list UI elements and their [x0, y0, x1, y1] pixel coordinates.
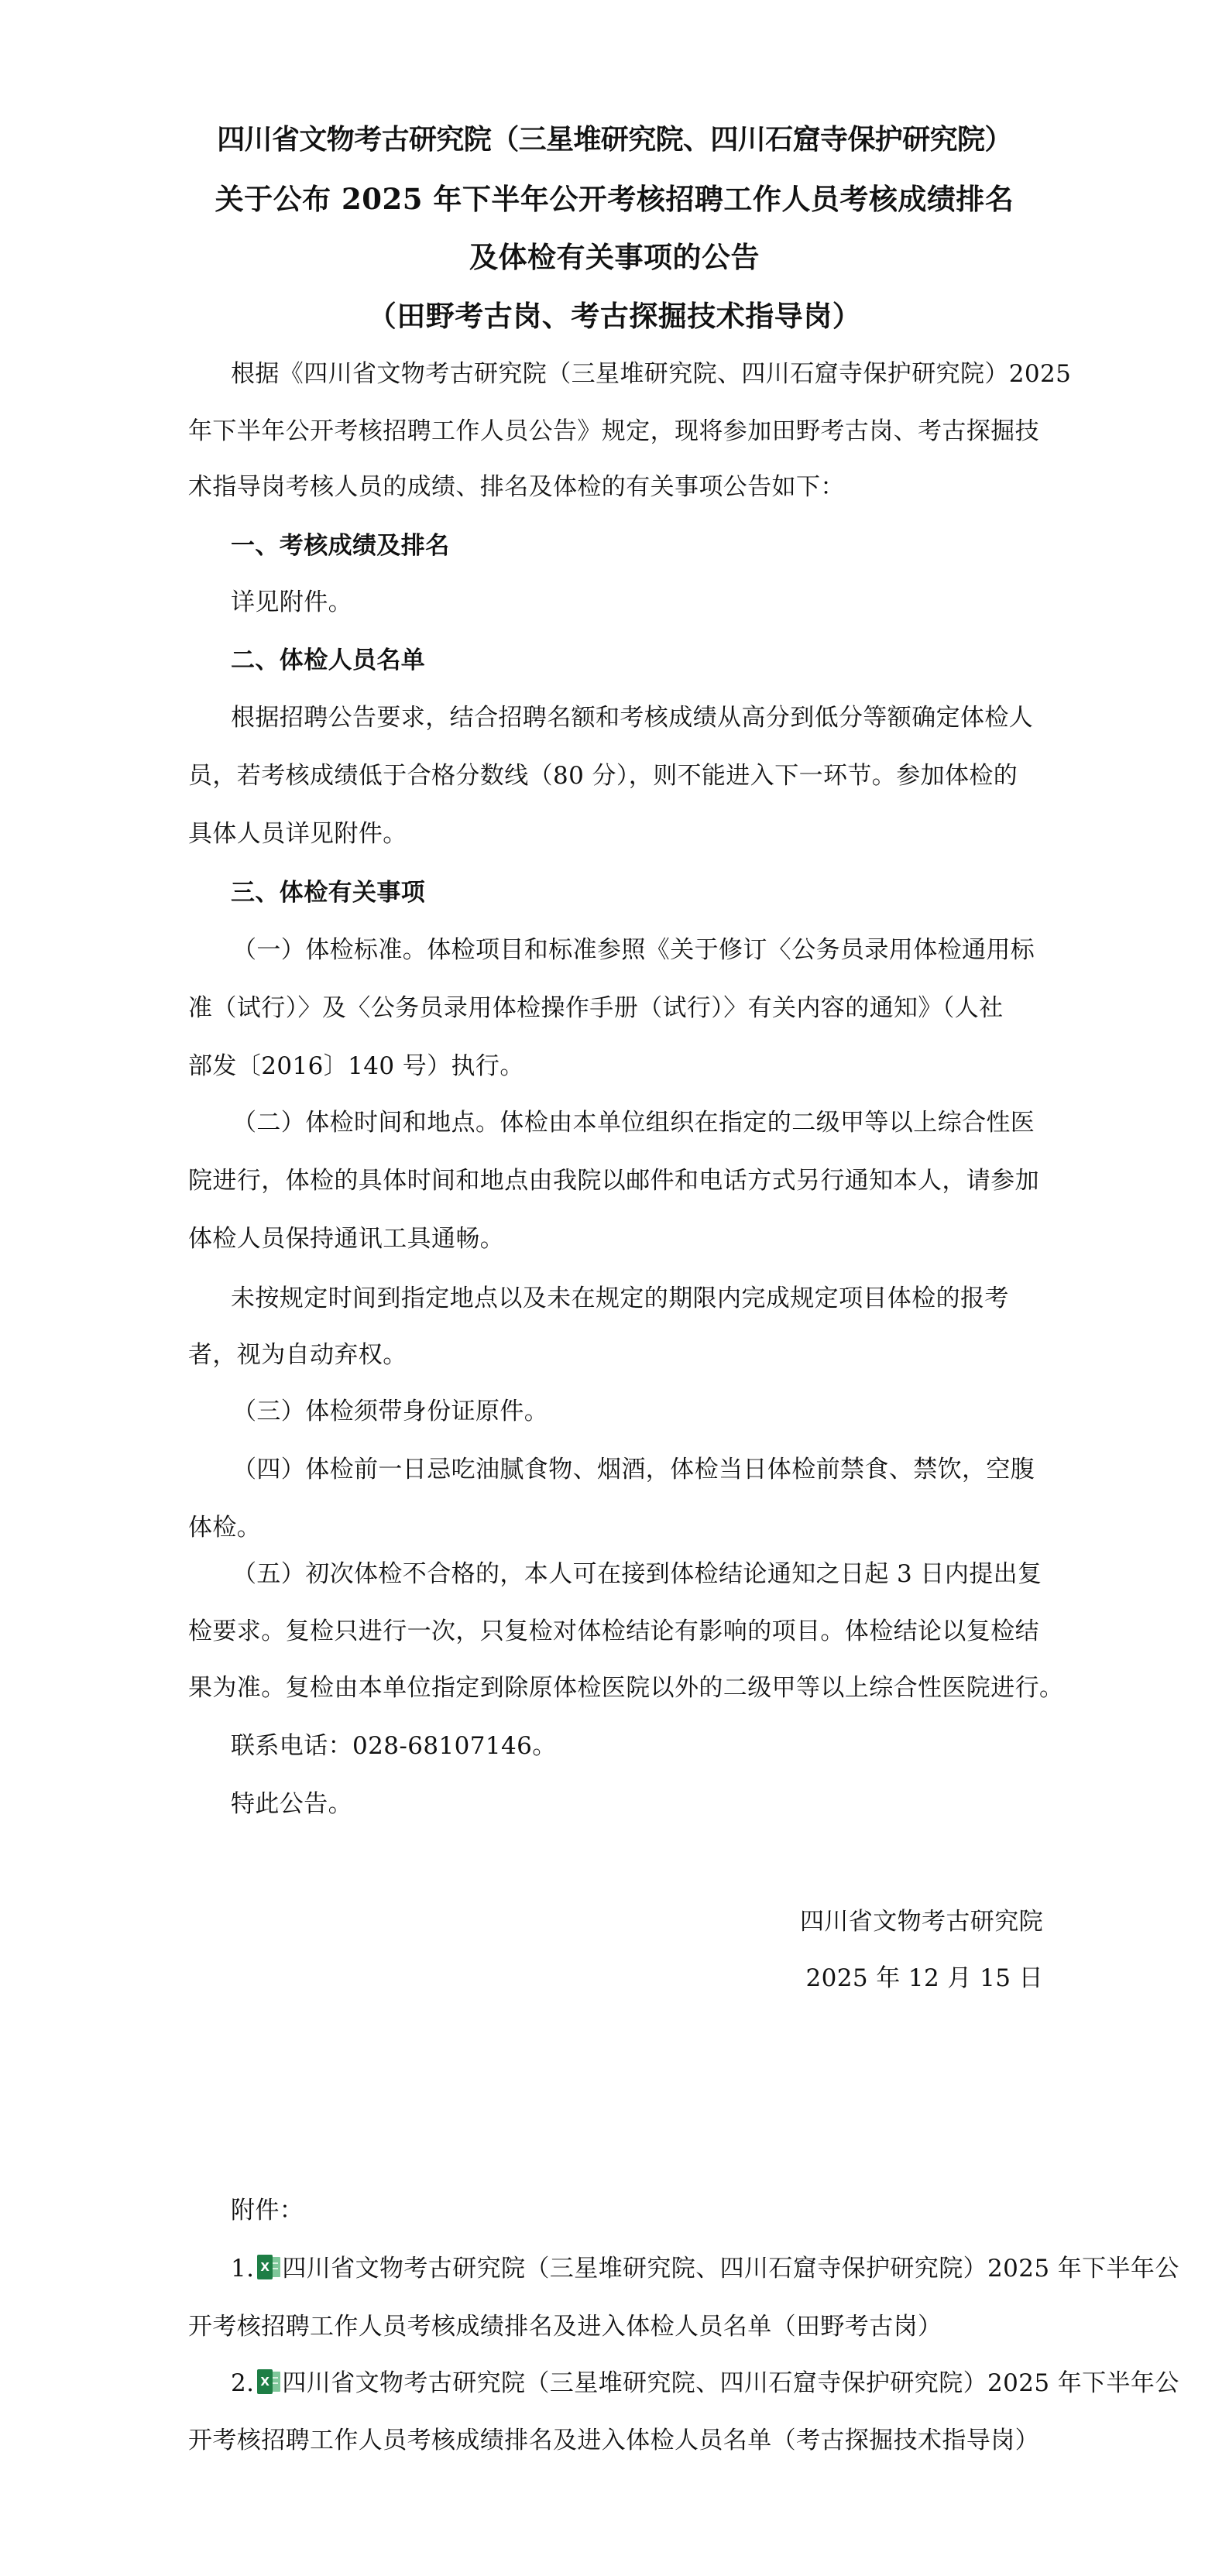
attachment-2-number: 2.: [231, 2369, 254, 2397]
section-1-heading: 一、考核成绩及排名: [231, 527, 1043, 564]
item-5-line-2: 检要求。复检只进行一次，只复检对体检结论有影响的项目。体检结论以复检结: [188, 1613, 1043, 1650]
section-2-heading: 二、体检人员名单: [231, 642, 1043, 679]
section-3-heading: 三、体检有关事项: [231, 874, 1043, 911]
section-2-line-3: 具体人员详见附件。: [188, 815, 1043, 852]
section-1-text: 详见附件。: [231, 584, 1043, 621]
item-1-line-1: （一）体检标准。体检项目和标准参照《关于修订〈公务员录用体检通用标: [232, 931, 1043, 969]
announcement-page: 四川省文物考古研究院（三星堆研究院、四川石窟寺保护研究院） 关于公布 2025 …: [0, 0, 1229, 2576]
absence-line-1: 未按规定时间到指定地点以及未在规定的期限内完成规定项目体检的报考: [231, 1280, 1043, 1317]
title-line-4: （田野考古岗、考古探掘技术指导岗）: [155, 294, 1074, 338]
item-2-line-3: 体检人员保持通讯工具通畅。: [188, 1220, 1043, 1257]
item-3-line-1: （三）体检须带身份证原件。: [232, 1393, 1043, 1430]
attachments-label: 附件：: [231, 2192, 1043, 2229]
item-5-line-1: （五）初次体检不合格的，本人可在接到体检结论通知之日起 3 日内提出复: [232, 1556, 1043, 1593]
item-5-line-3: 果为准。复检由本单位指定到除原体检医院以外的二级甲等以上综合性医院进行。: [188, 1669, 1043, 1706]
item-1-line-2: 准（试行）〉及〈公务员录用体检操作手册（试行）〉有关内容的通知》（人社: [188, 990, 1043, 1027]
title-line-1: 四川省文物考古研究院（三星堆研究院、四川石窟寺保护研究院）: [155, 118, 1074, 161]
item-2-line-2: 院进行，体检的具体时间和地点由我院以邮件和电话方式另行通知本人，请参加: [188, 1162, 1043, 1199]
excel-file-icon[interactable]: X: [257, 2369, 280, 2394]
attachment-1[interactable]: 1.X四川省文物考古研究院（三星堆研究院、四川石窟寺保护研究院）2025 年下半…: [231, 2250, 1043, 2287]
item-4-line-2: 体检。: [188, 1509, 1043, 1546]
excel-file-icon[interactable]: X: [257, 2255, 280, 2279]
item-1-line-3: 部发〔2016〕140 号）执行。: [188, 1048, 1043, 1085]
intro-line-2: 年下半年公开考核招聘工作人员公告》规定，现将参加田野考古岗、考古探掘技: [188, 413, 1043, 450]
signature-org: 四川省文物考古研究院: [188, 1903, 1043, 1940]
title-line-3: 及体检有关事项的公告: [155, 235, 1074, 279]
signature-date: 2025 年 12 月 15 日: [188, 1960, 1043, 1997]
closing-text: 特此公告。: [231, 1785, 1043, 1823]
title-line-2: 关于公布 2025 年下半年公开考核招聘工作人员考核成绩排名: [155, 177, 1074, 221]
absence-line-2: 者，视为自动弃权。: [188, 1336, 1043, 1374]
item-4-line-1: （四）体检前一日忌吃油腻食物、烟酒，体检当日体检前禁食、禁饮，空腹: [232, 1451, 1043, 1488]
contact-phone: 联系电话：028-68107146。: [231, 1727, 1043, 1765]
attachment-2-title-line-1[interactable]: 四川省文物考古研究院（三星堆研究院、四川石窟寺保护研究院）2025 年下半年公: [282, 2369, 1179, 2397]
attachment-1-number: 1.: [231, 2255, 254, 2283]
item-2-line-1: （二）体检时间和地点。体检由本单位组织在指定的二级甲等以上综合性医: [232, 1104, 1043, 1141]
attachment-2-title-line-2[interactable]: 开考核招聘工作人员考核成绩排名及进入体检人员名单（考古探掘技术指导岗）: [188, 2422, 1043, 2459]
attachment-1-title-line-2[interactable]: 开考核招聘工作人员考核成绩排名及进入体检人员名单（田野考古岗）: [188, 2308, 1043, 2345]
intro-line-1: 根据《四川省文物考古研究院（三星堆研究院、四川石窟寺保护研究院）2025: [231, 355, 1043, 393]
intro-line-3: 术指导岗考核人员的成绩、排名及体检的有关事项公告如下：: [188, 468, 1043, 506]
attachment-2[interactable]: 2.X四川省文物考古研究院（三星堆研究院、四川石窟寺保护研究院）2025 年下半…: [231, 2365, 1043, 2402]
section-2-line-1: 根据招聘公告要求，结合招聘名额和考核成绩从高分到低分等额确定体检人: [231, 699, 1043, 736]
attachment-1-title-line-1[interactable]: 四川省文物考古研究院（三星堆研究院、四川石窟寺保护研究院）2025 年下半年公: [282, 2255, 1179, 2283]
section-2-line-2: 员，若考核成绩低于合格分数线（80 分），则不能进入下一环节。参加体检的: [188, 757, 1043, 794]
